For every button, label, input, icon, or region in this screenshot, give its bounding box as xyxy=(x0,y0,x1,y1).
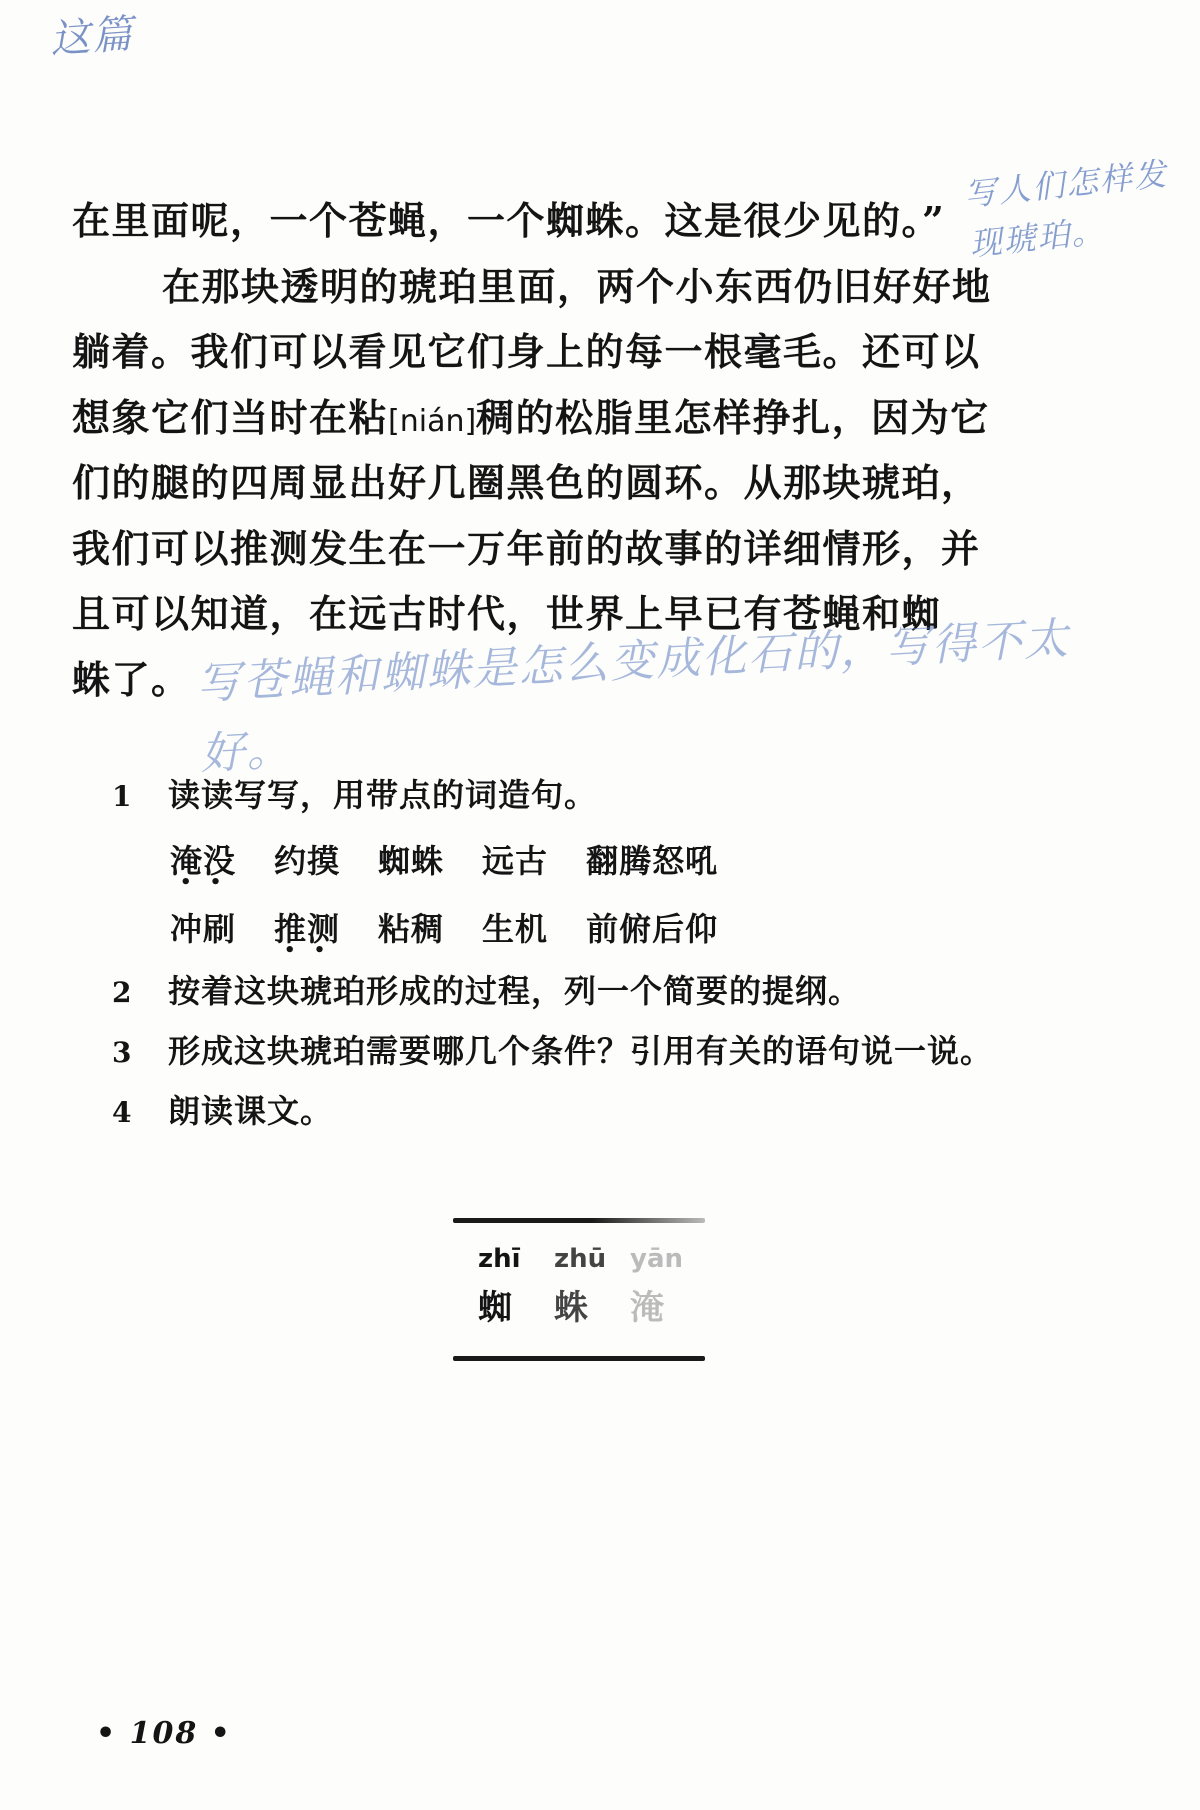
exercise-item-1: 1 读读写写，用带点的词造句。 xyxy=(112,770,1112,830)
vocab-word-dotted: 推测 xyxy=(274,904,340,950)
exercise-item-4: 4 朗读课文。 xyxy=(112,1086,1112,1146)
passage-segment: 稠的松脂里怎样挣扎，因为它 xyxy=(476,395,990,440)
vocab-word: 前俯后仰 xyxy=(586,904,718,950)
exercise-number: 1 xyxy=(112,780,168,813)
divider-bottom xyxy=(453,1356,705,1361)
pinyin-annotation: [nián] xyxy=(388,404,476,439)
word-row-2: 冲刷 推测 粘稠 生机 前俯后仰 xyxy=(112,898,1112,966)
passage-line: 我们可以推测发生在一万年前的故事的详细情形，并 xyxy=(72,516,1072,582)
exercise-number: 3 xyxy=(112,1036,168,1069)
passage-line: 在里面呢，一个苍蝇，一个蜘蛛。这是很少见的。” xyxy=(72,188,1072,254)
passage-segment: 想象它们当时在粘 xyxy=(72,395,388,440)
character: 蛛 xyxy=(554,1280,630,1329)
exercise-number: 4 xyxy=(112,1096,168,1129)
character: 淹 xyxy=(630,1280,706,1329)
character-row: 蜘 蛛 淹 xyxy=(478,1280,706,1329)
vocab-word: 约摸 xyxy=(274,836,340,882)
exercise-section: 1 读读写写，用带点的词造句。 淹没 约摸 蜘蛛 远古 翻腾怒吼 冲刷 推测 粘… xyxy=(112,770,1112,1146)
vocab-word: 冲刷 xyxy=(170,904,236,950)
pinyin: zhū xyxy=(554,1244,630,1274)
exercise-text: 形成这块琥珀需要哪几个条件？引用有关的语句说一说。 xyxy=(168,1026,993,1072)
passage-line: 在那块透明的琥珀里面，两个小东西仍旧好好地 xyxy=(72,254,1072,320)
character: 蜘 xyxy=(478,1280,554,1329)
new-characters-box: zhī zhū yān 蜘 蛛 淹 xyxy=(453,1218,705,1368)
vocab-word: 粘稠 xyxy=(378,904,444,950)
passage-line: 躺着。我们可以看见它们身上的每一根毫毛。还可以 xyxy=(72,319,1072,385)
exercise-text: 读读写写，用带点的词造句。 xyxy=(168,770,597,816)
passage-line: 们的腿的四周显出好几圈黑色的圆环。从那块琥珀， xyxy=(72,450,1072,516)
vocab-word: 生机 xyxy=(482,904,548,950)
pinyin: yān xyxy=(630,1244,706,1274)
passage-line: 想象它们当时在粘[nián]稠的松脂里怎样挣扎，因为它 xyxy=(72,385,1072,451)
vocab-word: 翻腾怒吼 xyxy=(586,836,718,882)
exercise-number: 2 xyxy=(112,976,168,1009)
pinyin: zhī xyxy=(478,1244,554,1274)
divider-top xyxy=(453,1218,705,1223)
handwritten-top-note: 这篇 xyxy=(48,2,136,65)
exercise-item-2: 2 按着这块琥珀形成的过程，列一个简要的提纲。 xyxy=(112,966,1112,1026)
page-number: • 108 • xyxy=(96,1716,232,1751)
exercise-item-3: 3 形成这块琥珀需要哪几个条件？引用有关的语句说一说。 xyxy=(112,1026,1112,1086)
vocab-word-dotted: 淹没 xyxy=(170,836,236,882)
vocab-word: 蜘蛛 xyxy=(378,836,444,882)
pinyin-row: zhī zhū yān xyxy=(478,1244,706,1274)
vocab-word: 远古 xyxy=(482,836,548,882)
word-row-1: 淹没 约摸 蜘蛛 远古 翻腾怒吼 xyxy=(112,830,1112,898)
exercise-text: 朗读课文。 xyxy=(168,1086,333,1132)
exercise-text: 按着这块琥珀形成的过程，列一个简要的提纲。 xyxy=(168,966,861,1012)
